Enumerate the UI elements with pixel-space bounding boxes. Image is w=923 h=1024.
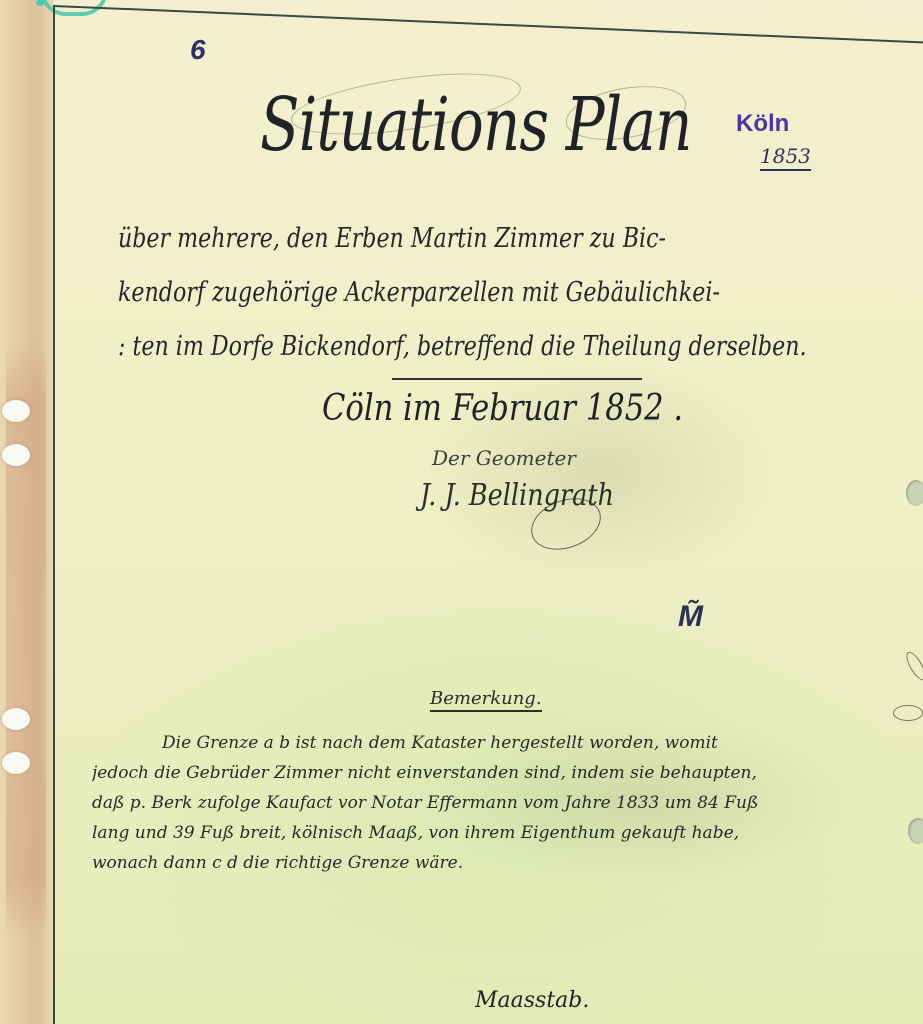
- note-line: wonach dann c d die richtige Grenze wäre…: [92, 848, 882, 878]
- punch-hole-icon: [2, 400, 30, 422]
- subtitle-line: : ten im Dorfe Bickendorf, betreffend di…: [118, 320, 758, 374]
- archive-stamp-year: 1853: [760, 144, 811, 171]
- subtitle-line: über mehrere, den Erben Martin Zimmer zu…: [118, 212, 758, 266]
- note-line: jedoch die Gebrüder Zimmer nicht einvers…: [92, 758, 882, 788]
- teal-ink-dot: [36, 0, 44, 6]
- right-punch-hole-icon: [906, 480, 923, 506]
- document-subtitle: über mehrere, den Erben Martin Zimmer zu…: [118, 212, 898, 374]
- note-body: Die Grenze a b ist nach dem Kataster her…: [92, 728, 882, 878]
- document-page: 6 Situations Plan Köln 1853 über mehrere…: [0, 0, 923, 1024]
- surveyor-role: Der Geometer: [432, 446, 576, 470]
- note-line: daß p. Berk zufolge Kaufact vor Notar Ef…: [92, 788, 882, 818]
- document-title: Situations Plan: [260, 82, 692, 168]
- frame-border-left: [53, 5, 55, 1024]
- place-and-date: Cöln im Februar 1852 .: [322, 388, 683, 429]
- note-heading: Bemerkung.: [430, 688, 542, 712]
- page-number: 6: [190, 34, 206, 66]
- punch-hole-icon: [2, 752, 30, 774]
- note-line: Die Grenze a b ist nach dem Kataster her…: [92, 728, 882, 758]
- margin-scribble: [903, 649, 923, 683]
- note-line: lang und 39 Fuß breit, kölnisch Maaß, vo…: [92, 818, 882, 848]
- frame-border-top: [54, 5, 923, 44]
- subtitle-line: kendorf zugehörige Ackerparzellen mit Ge…: [118, 266, 758, 320]
- binder-strip: [0, 0, 54, 1024]
- archive-mark: M̃: [678, 600, 703, 634]
- archive-stamp-city: Köln: [736, 110, 789, 138]
- divider-line: [392, 378, 642, 380]
- margin-scribble: [893, 705, 923, 721]
- punch-hole-icon: [2, 708, 30, 730]
- punch-hole-icon: [2, 444, 30, 466]
- binder-stain: [6, 340, 46, 940]
- scale-label: Maasstab.: [475, 988, 589, 1013]
- right-punch-hole-icon: [908, 818, 923, 844]
